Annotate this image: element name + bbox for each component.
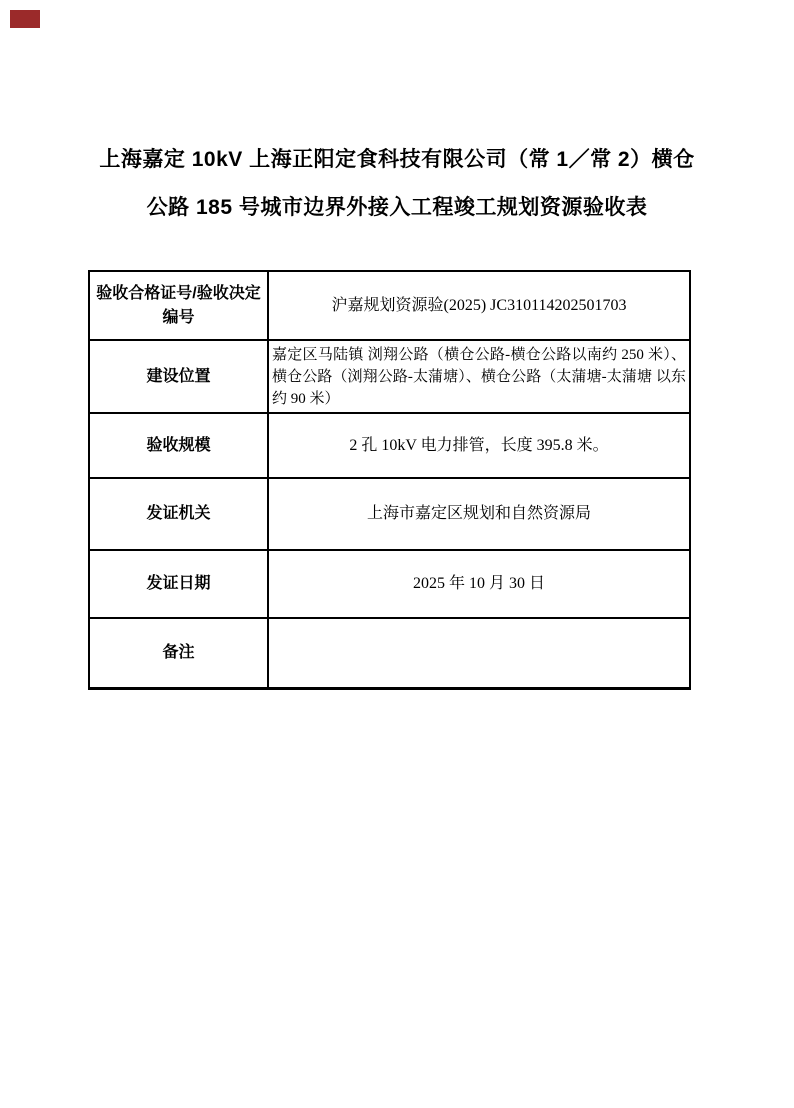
row-label-acceptance-scale: 验收规模 [89, 413, 268, 478]
row-value-issue-date: 2025 年 10 月 30 日 [268, 550, 690, 618]
table-row: 验收合格证号/验收决定编号 沪嘉规划资源验(2025) JC3101142025… [89, 271, 690, 340]
table-row: 发证机关 上海市嘉定区规划和自然资源局 [89, 478, 690, 550]
document-title-line-1: 上海嘉定 10kV 上海正阳定食科技有限公司（常 1／常 2）横仓 [0, 136, 794, 184]
row-value-construction-location: 嘉定区马陆镇 浏翔公路（横仓公路-横仓公路以南约 250 米）、横仓公路（浏翔公… [268, 340, 690, 413]
table-row: 验收规模 2 孔 10kV 电力排管，长度 395.8 米。 [89, 413, 690, 478]
row-value-remarks [268, 618, 690, 688]
row-value-certificate-number: 沪嘉规划资源验(2025) JC310114202501703 [268, 271, 690, 340]
row-label-issue-date: 发证日期 [89, 550, 268, 618]
row-label-construction-location: 建设位置 [89, 340, 268, 413]
document-title-line-2: 公路 185 号城市边界外接入工程竣工规划资源验收表 [0, 184, 794, 232]
row-label-issuing-authority: 发证机关 [89, 478, 268, 550]
table-row: 发证日期 2025 年 10 月 30 日 [89, 550, 690, 618]
acceptance-table: 验收合格证号/验收决定编号 沪嘉规划资源验(2025) JC3101142025… [88, 270, 691, 690]
document-page: 上海嘉定 10kV 上海正阳定食科技有限公司（常 1／常 2）横仓 公路 185… [0, 0, 794, 1108]
row-label-remarks: 备注 [89, 618, 268, 688]
row-value-acceptance-scale: 2 孔 10kV 电力排管，长度 395.8 米。 [268, 413, 690, 478]
document-title: 上海嘉定 10kV 上海正阳定食科技有限公司（常 1／常 2）横仓 公路 185… [0, 136, 794, 232]
table-row: 备注 [89, 618, 690, 688]
row-value-issuing-authority: 上海市嘉定区规划和自然资源局 [268, 478, 690, 550]
table-row: 建设位置 嘉定区马陆镇 浏翔公路（横仓公路-横仓公路以南约 250 米）、横仓公… [89, 340, 690, 413]
corner-marker [10, 10, 40, 28]
row-label-certificate-number: 验收合格证号/验收决定编号 [89, 271, 268, 340]
